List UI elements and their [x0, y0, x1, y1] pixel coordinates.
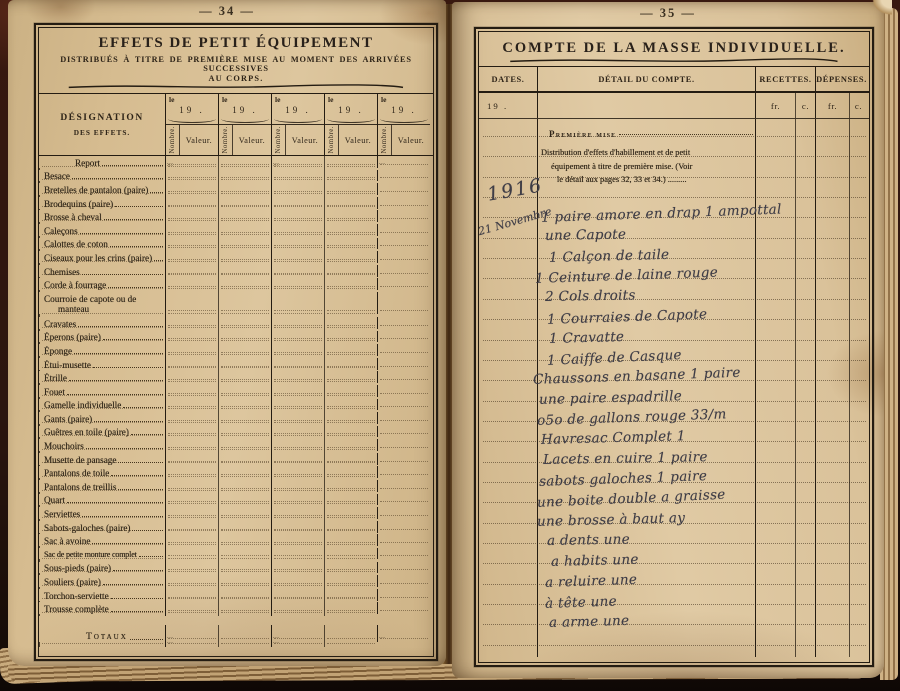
- table-row: Pantalons de treillis: [39, 480, 433, 494]
- nombre-cell: [377, 507, 430, 519]
- valeur-cell: [39, 614, 165, 616]
- premiere-mise-row: Première mise: [549, 129, 753, 139]
- equipment-table: DÉSIGNATION DES EFFETS. le19 .Nombre.Val…: [39, 93, 433, 647]
- nombre-cell: [271, 292, 324, 315]
- account-table: DATES. DÉTAIL DU COMPTE. RECETTES. DÉPEN…: [479, 66, 869, 657]
- nombre-header: Nombre.: [378, 125, 392, 155]
- nombre-cell: [377, 439, 430, 451]
- divider-depenses-frc: [849, 119, 850, 657]
- paragraph-line: équipement à titre de première mise. (Vo…: [551, 160, 757, 174]
- nombre-cell: [377, 224, 430, 236]
- valeur-cell: [39, 263, 165, 265]
- year-cell: le19 .: [325, 94, 377, 124]
- nombre-cell: [377, 494, 430, 506]
- nombre-cell: [377, 466, 430, 478]
- divider-dates-detail: [537, 119, 538, 657]
- nombre-valeur-header: Nombre.Valeur.: [166, 124, 218, 155]
- valeur-cell: [39, 465, 165, 467]
- nombre-cell: ...: [165, 642, 218, 648]
- year-cell: le19 .: [272, 94, 324, 124]
- nombre-valeur-header: Nombre.Valeur.: [378, 124, 430, 155]
- totals-row: Totaux...............: [39, 625, 433, 647]
- equipment-table-frame-inner: EFFETS DE PETIT ÉQUIPEMENT DISTRIBUÉS À …: [38, 27, 434, 657]
- table-row: Gants (paire): [39, 412, 433, 426]
- nombre-cell: [377, 344, 430, 356]
- valeur-cell: [39, 505, 165, 507]
- table-row: Ciseaux pour les crins (paire): [39, 251, 433, 265]
- table-row: Étui-musette: [39, 358, 433, 372]
- valeur-cell: [324, 614, 377, 616]
- nombre-cell: [377, 385, 430, 397]
- handwritten-line: une paire espadrille: [539, 386, 763, 408]
- nombre-label: Nombre.: [381, 126, 388, 153]
- report-marks: ...: [273, 638, 279, 645]
- table-row: Brosse à cheval: [39, 210, 433, 224]
- nombre-cell: [377, 575, 430, 587]
- nombre-cell: [377, 548, 430, 559]
- table-row: Quart: [39, 494, 433, 508]
- year-line: 19 .: [479, 93, 537, 118]
- handwritten-year: 1916: [486, 174, 545, 205]
- right-page-title: COMPTE DE LA MASSE INDIVIDUELLE.: [479, 40, 869, 57]
- table-row: Gamelle individuelle: [39, 399, 433, 413]
- valeur-cell: [39, 451, 165, 453]
- handwritten-line: o5o de gallons rouge 33/m: [537, 405, 761, 429]
- ruled-line: [483, 197, 866, 198]
- nombre-cell: [377, 371, 430, 383]
- paragraph-line: Distribution d'effets d'habillement et d…: [541, 146, 757, 160]
- equipment-table-frame: EFFETS DE PETIT ÉQUIPEMENT DISTRIBUÉS À …: [34, 23, 438, 661]
- nombre-cell: [377, 251, 430, 263]
- valeur-cell: [39, 249, 165, 251]
- table-row: Bretelles de pantalon (paire): [39, 183, 433, 197]
- valeur-cell: [39, 642, 165, 648]
- valeur-cell: [39, 222, 165, 224]
- valeur-label: Valeur.: [180, 125, 218, 155]
- page-number-left: — 34 —: [8, 0, 446, 19]
- nombre-label: Nombre.: [222, 126, 229, 153]
- nombre-header: Nombre.: [325, 125, 339, 155]
- valeur-cell: [324, 642, 377, 648]
- table-row: Sabots-galoches (paire): [39, 521, 433, 535]
- totals-label: Totaux: [44, 631, 128, 642]
- page-number-right: — 35 —: [452, 2, 884, 21]
- equipment-table-body: Report...............BesaceBretelles de …: [39, 156, 433, 616]
- nombre-cell: [377, 238, 430, 250]
- handwritten-line: 2 Cols droits: [545, 285, 769, 305]
- nombre-header: Nombre.: [272, 125, 286, 155]
- valeur-cell: [39, 314, 165, 317]
- nombre-cell: [377, 210, 430, 222]
- valeur-cell: [218, 292, 271, 315]
- item-label: Courroie de capote ou de: [44, 294, 165, 304]
- divider-recettes-depenses: [815, 119, 816, 657]
- handwritten-line: 1 Ceinture de laine rouge: [535, 263, 759, 287]
- nombre-cell: ...: [377, 625, 430, 642]
- year-group: le19 .Nombre.Valeur.: [324, 94, 377, 155]
- year-group: le19 .Nombre.Valeur.: [377, 94, 430, 155]
- valeur-cell: [39, 168, 165, 170]
- nombre-label: Nombre.: [328, 126, 335, 153]
- decorative-swash: [39, 83, 431, 90]
- leader-dots: [619, 134, 753, 135]
- valeur-cell: [39, 559, 165, 561]
- year-label: 19 .: [325, 105, 377, 115]
- left-page-subtitle: DISTRIBUÉS À TITRE DE PREMIÈRE MISE AU M…: [39, 55, 433, 73]
- table-row: Serviettes: [39, 507, 433, 521]
- table-row: Pantalons de toile: [39, 466, 433, 480]
- valeur-cell: [324, 292, 377, 315]
- nombre-cell: [377, 412, 430, 424]
- equipment-table-header: DÉSIGNATION DES EFFETS. le19 .Nombre.Val…: [39, 94, 433, 156]
- valeur-cell: [218, 642, 271, 648]
- valeur-cell: [39, 209, 165, 211]
- year-swash: [274, 119, 322, 123]
- year-cell: le19 .: [166, 94, 218, 124]
- nombre-valeur-header: Nombre.Valeur.: [272, 124, 324, 155]
- nombre-cell: ...: [377, 156, 430, 168]
- valeur-label: Valeur.: [233, 125, 271, 155]
- divider-recettes-frc: [795, 119, 796, 657]
- year-swash: [168, 119, 216, 123]
- le-label: le: [169, 95, 174, 104]
- page-34: — 34 — EFFETS DE PETIT ÉQUIPEMENT DISTRI…: [8, 0, 446, 666]
- handwritten-line: a arme une: [549, 609, 773, 631]
- table-row: Brodequins (paire): [39, 197, 433, 211]
- handwritten-line: une brosse à baut ay: [537, 508, 761, 530]
- nombre-cell: [165, 292, 218, 315]
- handwritten-line: a reluire une: [545, 567, 769, 591]
- table-row: Besace: [39, 170, 433, 184]
- year-group: le19 .Nombre.Valeur.: [271, 94, 324, 155]
- decorative-swash: [479, 57, 867, 64]
- left-page-title: EFFETS DE PETIT ÉQUIPEMENT: [39, 35, 433, 52]
- ruled-line: [483, 645, 866, 646]
- table-row: Éperons (paire): [39, 331, 433, 345]
- table-row: Chemises: [39, 265, 433, 279]
- table-row: Cravates: [39, 317, 433, 331]
- report-marks: ...: [379, 633, 385, 640]
- account-table-body: Première mise Distribution d'effets d'ha…: [479, 119, 869, 657]
- year-group: le19 .Nombre.Valeur.: [165, 94, 218, 155]
- valeur-cell: [39, 519, 165, 521]
- nombre-cell: [377, 453, 430, 465]
- totals-row: Totaux...............: [39, 625, 433, 647]
- col-depenses: DÉPENSES.: [815, 67, 867, 91]
- table-row: Calottes de coton: [39, 238, 433, 252]
- handwritten-line: Havresac Complet 1: [541, 426, 765, 448]
- le-label: le: [328, 95, 333, 104]
- nombre-cell: [377, 480, 430, 492]
- valeur-cell: [39, 329, 165, 331]
- nombre-valeur-header: Nombre.Valeur.: [219, 124, 271, 155]
- col-detail: DÉTAIL DU COMPTE.: [537, 67, 755, 91]
- table-row: Sous-pieds (paire): [39, 562, 433, 576]
- nombre-cell: [377, 534, 430, 546]
- nombre-cell: [377, 278, 430, 290]
- totals-label-cell: Totaux: [39, 631, 165, 642]
- recettes-c-label: c.: [795, 93, 815, 118]
- handwritten-line: a dents une: [547, 529, 771, 549]
- valeur-cell: [39, 424, 165, 426]
- subheader-detail-spacer: [537, 93, 755, 118]
- nombre-cell: [271, 614, 324, 616]
- report-marks: ...: [379, 159, 385, 166]
- valeur-cell: [39, 601, 165, 603]
- valeur-cell: [39, 277, 165, 279]
- valeur-cell: [39, 533, 165, 535]
- handwritten-line: à tête une: [545, 588, 769, 612]
- valeur-cell: [39, 383, 165, 385]
- nombre-cell: [377, 317, 430, 329]
- valeur-cell: [218, 625, 271, 642]
- year-swash: [221, 119, 269, 123]
- valeur-cell: [39, 356, 165, 358]
- distribution-paragraph: Distribution d'effets d'habillement et d…: [541, 146, 757, 187]
- handwritten-line: 1 Calçon de taile: [549, 244, 773, 266]
- designation-header: DÉSIGNATION DES EFFETS.: [39, 94, 165, 155]
- depenses-c-label: c.: [849, 93, 867, 118]
- nombre-cell: [377, 265, 430, 277]
- left-page-subtitle2: AU CORPS.: [39, 74, 433, 83]
- table-row: Mouchoirs: [39, 439, 433, 453]
- year-group: le19 .Nombre.Valeur.: [218, 94, 271, 155]
- valeur-cell: [39, 478, 165, 480]
- nombre-cell: [377, 602, 430, 614]
- nombre-cell: [377, 358, 430, 370]
- table-row: Corde à fourrage: [39, 278, 433, 292]
- valeur-cell: [324, 625, 377, 642]
- valeur-label: Valeur.: [392, 125, 430, 155]
- nombre-valeur-header: Nombre.Valeur.: [325, 124, 377, 155]
- item-label-cell: Courroie de capote ou demanteau: [39, 294, 165, 314]
- paragraph-line: le détail aux pages 32, 33 et 34.) .....…: [557, 173, 757, 187]
- nombre-cell: [377, 426, 430, 438]
- nombre-cell: [377, 183, 430, 195]
- report-marks: ...: [273, 161, 279, 168]
- table-row: Étrille: [39, 371, 433, 385]
- nombre-header: Nombre.: [219, 125, 233, 155]
- nombre-cell: [165, 614, 218, 616]
- valeur-cell: [39, 195, 165, 197]
- valeur-cell: [39, 492, 165, 494]
- table-row: Sac de petite monture complet: [39, 548, 433, 562]
- account-table-subheader: 19 . fr. c. fr. c.: [479, 93, 869, 119]
- nombre-cell: [377, 331, 430, 343]
- nombre-label: Nombre.: [169, 126, 176, 153]
- handwritten-line: une boite double a graisse: [537, 485, 761, 511]
- page-35: — 35 — COMPTE DE LA MASSE INDIVIDUELLE. …: [452, 2, 884, 678]
- depenses-fr-label: fr.: [815, 93, 849, 118]
- valeur-label: Valeur.: [286, 125, 324, 155]
- le-label: le: [222, 95, 227, 104]
- valeur-cell: [39, 342, 165, 344]
- valeur-cell: [218, 614, 271, 616]
- nombre-cell: [377, 399, 430, 411]
- year-swash: [380, 119, 428, 123]
- year-swash: [327, 119, 375, 123]
- account-table-frame: COMPTE DE LA MASSE INDIVIDUELLE. DATES. …: [474, 27, 874, 667]
- nombre-label: Nombre.: [275, 126, 282, 153]
- year-cell: le19 .: [378, 94, 430, 124]
- valeur-cell: [39, 397, 165, 399]
- year-label: 19 .: [272, 105, 324, 115]
- table-row: Torchon-serviette: [39, 589, 433, 603]
- nombre-header: Nombre.: [166, 125, 180, 155]
- nombre-cell: [377, 562, 430, 574]
- year-label: 19 .: [219, 105, 271, 115]
- report-marks: ...: [167, 161, 173, 168]
- nombre-cell: ...: [271, 642, 324, 648]
- nombre-cell: [377, 589, 430, 601]
- nombre-cell: [377, 197, 430, 209]
- valeur-cell: [39, 410, 165, 412]
- table-row: Caleçons: [39, 224, 433, 238]
- table-row: Sac à avoine: [39, 534, 433, 548]
- table-row: Trousse complète: [39, 602, 433, 616]
- premiere-mise-label: Première mise: [549, 129, 616, 139]
- le-label: le: [275, 95, 280, 104]
- table-row: Musette de pansage: [39, 453, 433, 467]
- year-label: 19 .: [378, 105, 430, 115]
- table-row: Report...............: [39, 156, 433, 170]
- nombre-cell: [377, 170, 430, 182]
- valeur-cell: [39, 546, 165, 548]
- nombre-cell: [377, 521, 430, 533]
- valeur-cell: [39, 573, 165, 575]
- handwritten-line: une Capote: [545, 224, 769, 244]
- designation-sublabel: DES EFFETS.: [74, 128, 130, 137]
- handwritten-line: 1 Courraies de Capote: [547, 304, 771, 328]
- handwritten-line: 1 paire amore en drap 1 ampottal: [541, 202, 765, 226]
- nombre-cell: [377, 292, 430, 315]
- valeur-cell: [39, 181, 165, 183]
- table-row: Souliers (paire): [39, 575, 433, 589]
- table-row: Éponge: [39, 344, 433, 358]
- account-table-frame-inner: COMPTE DE LA MASSE INDIVIDUELLE. DATES. …: [478, 31, 870, 663]
- year-cell: le19 .: [219, 94, 271, 124]
- recettes-fr-label: fr.: [755, 93, 795, 118]
- valeur-cell: [39, 236, 165, 238]
- valeur-label: Valeur.: [339, 125, 377, 155]
- table-row: Fouet: [39, 385, 433, 399]
- col-recettes: RECETTES.: [755, 67, 815, 91]
- valeur-cell: [39, 437, 165, 439]
- leader-dots: [130, 639, 163, 640]
- valeur-cell: [39, 370, 165, 372]
- valeur-cell: [39, 587, 165, 589]
- col-dates: DATES.: [479, 67, 537, 91]
- valeur-cell: [39, 290, 165, 292]
- booklet-photo: — 34 — EFFETS DE PETIT ÉQUIPEMENT DISTRI…: [0, 0, 900, 691]
- year-label: 19 .: [166, 105, 218, 115]
- account-table-header: DATES. DÉTAIL DU COMPTE. RECETTES. DÉPEN…: [479, 67, 869, 93]
- le-label: le: [381, 95, 386, 104]
- handwritten-line: Lacets en cuire 1 paire: [543, 448, 767, 468]
- designation-label: DÉSIGNATION: [60, 113, 143, 123]
- table-row: Guêtres en toile (paire): [39, 426, 433, 440]
- report-marks: ...: [167, 638, 173, 645]
- handwritten-line: a habits une: [551, 548, 775, 570]
- table-row: Courroie de capote ou demanteau: [39, 292, 433, 317]
